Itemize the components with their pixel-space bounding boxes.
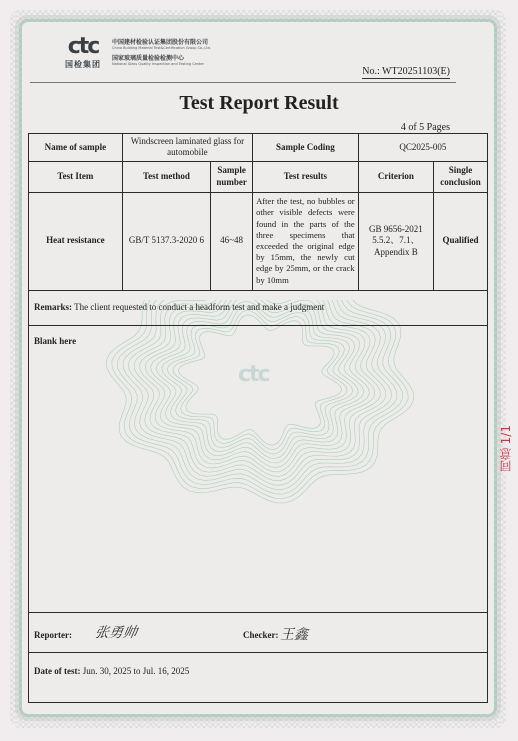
date-of-test-value: Jun. 30, 2025 to Jul. 16, 2025 <box>83 666 190 676</box>
test-results-cell: After the test, no bubbles or other visi… <box>253 192 359 290</box>
table-header-row: Test Item Test method Sample number Test… <box>29 161 488 192</box>
column-header: Sample number <box>211 161 253 192</box>
test-item-cell: Heat resistance <box>29 192 123 290</box>
org-name-en-2: National Glass Quality Inspection and Te… <box>112 62 211 66</box>
sample-info-row: Name of sample Windscreen laminated glas… <box>29 134 488 162</box>
column-header: Single conclusion <box>434 161 488 192</box>
remarks-label: Remarks: <box>34 302 72 312</box>
header-logo: ctc 国检集团 中国建材检验认证集团股份有限公司 China Building… <box>60 36 211 70</box>
date-of-test-label: Date of test: <box>34 666 80 676</box>
header-divider <box>30 82 456 83</box>
column-header: Test results <box>253 161 359 192</box>
results-table: Name of sample Windscreen laminated glas… <box>28 133 488 291</box>
blank-note: Blank here <box>34 336 76 346</box>
conclusion-cell: Qualified <box>434 192 488 290</box>
remarks: Remarks: The client requested to conduct… <box>34 302 324 312</box>
ctc-logo-icon: ctc <box>68 36 99 58</box>
table-row: Heat resistance GB/T 5137.3-2020 6 46~48… <box>29 192 488 290</box>
sample-coding-value: QC2025-005 <box>358 134 487 162</box>
page-title: Test Report Result <box>0 92 518 115</box>
remarks-text: The client requested to conduct a headfo… <box>74 302 324 312</box>
column-header: Test method <box>122 161 210 192</box>
column-header: Test Item <box>29 161 123 192</box>
margin-handwriting: 同意 1/1 <box>497 425 514 472</box>
divider <box>28 612 488 613</box>
column-header: Criterion <box>358 161 433 192</box>
checker-signature: 王鑫 <box>280 624 308 644</box>
report-number: No.: WT20251103(E) <box>362 66 450 79</box>
reporter-label: Reporter: <box>34 630 72 640</box>
date-of-test: Date of test: Jun. 30, 2025 to Jul. 16, … <box>34 666 189 676</box>
reporter-signature: 张勇帅 <box>93 622 139 642</box>
page-counter: 4 of 5 Pages <box>401 122 450 133</box>
name-of-sample-value: Windscreen laminated glass for automobil… <box>122 134 252 162</box>
org-name-cn-2: 国家玻璃质量检验检测中心 <box>112 53 211 62</box>
sample-number-cell: 46~48 <box>211 192 253 290</box>
logo-subtitle: 国检集团 <box>65 59 101 70</box>
divider <box>28 325 488 326</box>
org-name-en-1: China Building Material Test&Certificati… <box>112 46 211 50</box>
test-method-cell: GB/T 5137.3-2020 6 <box>122 192 210 290</box>
sample-coding-label: Sample Coding <box>253 134 359 162</box>
criterion-cell: GB 9656-2021 5.5.2、7.1、Appendix B <box>358 192 433 290</box>
divider <box>28 652 488 653</box>
checker-label: Checker: <box>243 630 279 640</box>
org-name-cn-1: 中国建材检验认证集团股份有限公司 <box>112 37 211 46</box>
name-of-sample-label: Name of sample <box>29 134 123 162</box>
